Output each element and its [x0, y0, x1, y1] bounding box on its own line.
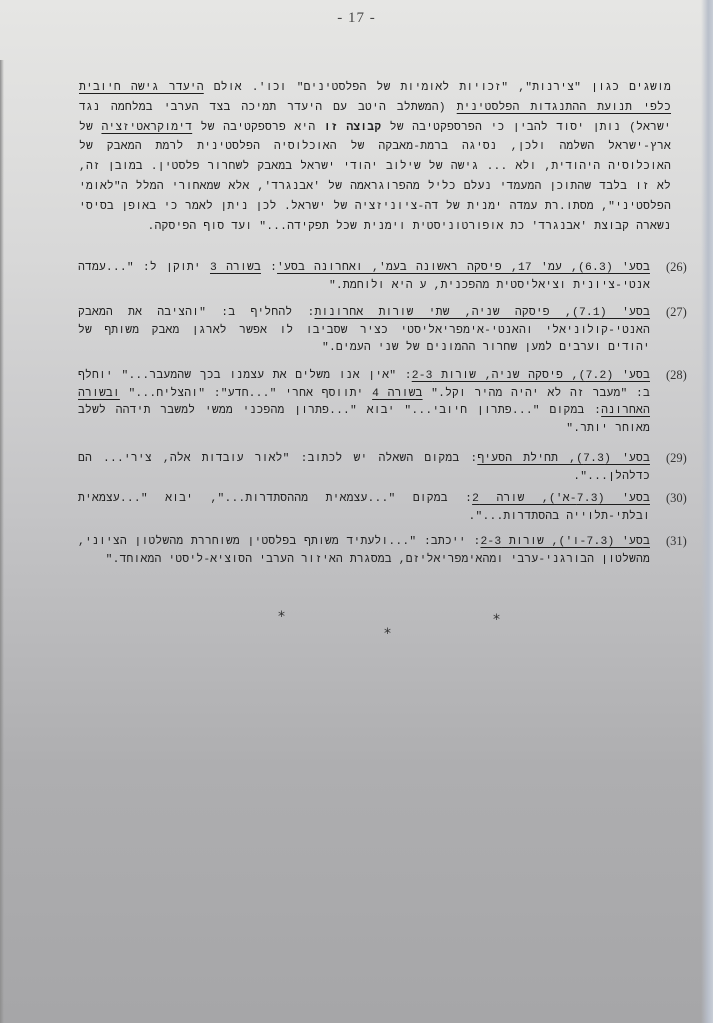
- underlined-reference: בשורה 3: [210, 262, 261, 274]
- note-number: (29): [666, 451, 706, 466]
- underlined-reference: בסע' (7.3-א'), שורה 2: [472, 493, 650, 505]
- note-number: (26): [666, 260, 706, 275]
- note-text: בסע' (7.2), פיסקה שניה, שורות 2-3: "אין …: [78, 368, 650, 438]
- scan-edge-right: [701, 0, 713, 1023]
- text-run: ...: [487, 161, 508, 173]
- note-text: בסע' (7.3-ו'), שורות 2-3: ייכתב: "...ולע…: [78, 534, 650, 569]
- note-text: בסע' (6.3), עמ' 17, פיסקה ראשונה בעמ', ו…: [78, 260, 650, 295]
- underlined-reference: בסע' (7.3), תחילת הסעיף: [477, 453, 650, 465]
- text-run: יתווסף אחרי "...חדע": "והצליח...": [120, 388, 372, 400]
- note-number: (31): [666, 534, 706, 549]
- underlined-reference: בסע' (7.3-ו'), שורות 2-3: [480, 536, 650, 548]
- note-number: (30): [666, 491, 706, 506]
- separator-asterisk: *: [384, 626, 391, 642]
- underlined-reference: דימוקראטיזציה: [101, 122, 192, 134]
- note-text: בסע' (7.3), תחילת הסעיף: במקום השאלה יש …: [78, 451, 650, 486]
- bold-text: קבוצה זו: [324, 122, 381, 134]
- body-paragraph: מושגים כגון "צירנות", "זכויות לאומיות של…: [79, 79, 671, 237]
- underlined-reference: בסע' (7.1), פיסקה שניה, שתי שורות אחרונו…: [315, 307, 650, 319]
- underlined-reference: בסע' (7.2), פיסקה שניה, שורות 2-3: [412, 370, 650, 382]
- underlined-reference: בשורה 4: [372, 388, 422, 400]
- text-run: היא פרספקטיבה של: [192, 122, 324, 134]
- scan-edge-left: [0, 60, 4, 1023]
- text-run: :: [261, 262, 277, 274]
- note-text: בסע' (7.3-א'), שורה 2: במקום "...עצמאית …: [78, 491, 650, 526]
- note-number: (27): [666, 305, 706, 320]
- text-run: מושגים כגון "צירנות", "זכויות לאומיות של…: [204, 82, 671, 94]
- note-number: (28): [666, 368, 706, 383]
- separator-asterisk: *: [278, 609, 285, 625]
- page-number: - 17 -: [0, 10, 713, 27]
- underlined-reference: בסע' (6.3), עמ' 17, פיסקה ראשונה בעמ', ו…: [277, 262, 650, 274]
- note-text: בסע' (7.1), פיסקה שניה, שתי שורות אחרונו…: [78, 305, 650, 358]
- separator-asterisk: *: [493, 612, 500, 628]
- text-run: : במקום "...פתרון חיובי..." יבוא "...פתר…: [78, 405, 650, 435]
